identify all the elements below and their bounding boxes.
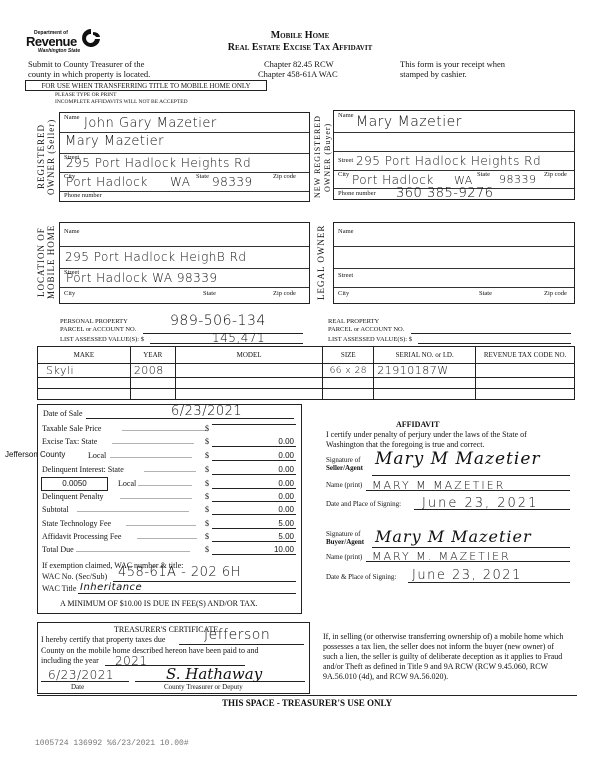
transfer-banner: FOR USE WHEN TRANSFERRING TITLE TO MOBIL… (25, 80, 267, 91)
seller-label-line2: OWNER (Seller) (46, 119, 56, 195)
treasurer-county[interactable]: Jefferson (204, 627, 270, 643)
treasurer-use-divider (37, 695, 577, 696)
buyer-section-label: NEW REGISTERED OWNER (Buyer) (313, 112, 333, 202)
cell-model[interactable] (175, 389, 323, 400)
cell-make[interactable] (38, 389, 131, 400)
lien-warning-text: If, in selling (or otherwise transferrin… (323, 632, 568, 682)
seller-label-line1: REGISTERED (36, 125, 46, 190)
location-line-1[interactable]: 295 Port Hadlock HeighB Rd (65, 250, 247, 264)
personal-property-label-1: PERSONAL PROPERTY (60, 318, 128, 325)
seller-date[interactable]: June 23, 2021 (422, 496, 538, 511)
fee-value[interactable]: 0.00 (212, 451, 296, 461)
treasurer-title: TREASURER'S CERTIFICATE (114, 625, 218, 634)
date-of-sale-label: Date of Sale (43, 409, 83, 418)
legal-owner-name-label: Name (338, 228, 354, 235)
seller-street[interactable]: 295 Port Hadlock Heights Rd (66, 156, 251, 170)
buyer-signature-label-2: Buyer/Agent (326, 538, 364, 546)
seller-signature[interactable]: Mary M Mazetier (375, 449, 541, 469)
fee-label: Delinquent Penalty (42, 492, 104, 501)
dor-logo: Department of Revenue Washington State (26, 30, 106, 56)
personal-assessed-value[interactable]: 145,471 (212, 331, 265, 345)
fee-label: Affidavit Processing Fee (42, 532, 121, 541)
wac-no-value[interactable]: 458-61A - 202 6H (118, 565, 241, 580)
header-year: YEAR (130, 347, 175, 364)
treasurer-signature-label: County Treasurer or Deputy (164, 683, 243, 691)
type-or-print-note: PLEASE TYPE OR PRINT (55, 92, 116, 98)
cell-make[interactable] (38, 378, 131, 389)
buyer-street-label: Street (338, 157, 353, 164)
dollar-sign: $ (205, 479, 209, 488)
dor-swirl-icon (80, 27, 102, 49)
fee-label: Taxable Sale Price (42, 424, 101, 433)
fee-value[interactable]: 5.00 (212, 532, 296, 542)
buyer-label-line1: NEW REGISTERED (313, 116, 322, 199)
buyer-date[interactable]: June 23, 2021 (412, 568, 522, 583)
seller-phone-label: Phone number (64, 192, 102, 199)
buyer-name-1[interactable]: Mary Mazetier (356, 114, 462, 130)
cell-serial[interactable]: 21910187W (374, 364, 476, 378)
dollar-sign: $ (205, 451, 209, 460)
buyer-signature[interactable]: Mary M Mazetier (375, 527, 532, 546)
header-serial: SERIAL NO. or I.D. (374, 347, 476, 364)
fee-value[interactable]: 10.00 (212, 545, 296, 555)
seller-city[interactable]: Port Hadlock (66, 175, 148, 189)
fee-label: Delinquent Interest: State (42, 465, 124, 474)
chapter-wac: Chapter 458-61A WAC (258, 69, 338, 79)
form-title-line1: Mobile Home (200, 30, 400, 41)
treasurer-text-1: I hereby certify that property taxes due (41, 635, 165, 644)
fee-row-excise-state: Excise Tax: State ......................… (42, 437, 302, 450)
affidavit-title: AFFIDAVIT (396, 420, 439, 429)
submit-note-2: county in which property is located. (28, 69, 150, 79)
chapter-rcw: Chapter 82.45 RCW (264, 59, 334, 69)
treasurer-text-2: County on the mobile home described here… (41, 646, 259, 655)
receipt-note-2: stamped by cashier. (400, 69, 467, 79)
cell-revenue-tax-code[interactable] (476, 378, 575, 389)
fee-value[interactable]: 0.00 (212, 505, 296, 515)
fee-value[interactable]: 0.00 (212, 437, 296, 447)
table-header-row: MAKE YEAR MODEL SIZE SERIAL NO. or I.D. … (38, 347, 575, 364)
form-title-line2: Real Estate Excise Tax Affidavit (180, 42, 420, 53)
legal-owner-state-label: State (479, 290, 492, 297)
buyer-city-label: City (338, 171, 349, 178)
location-city-label: City (64, 290, 75, 297)
seller-name-label: Name (64, 114, 80, 121)
dollar-sign: $ (205, 465, 209, 474)
location-line-2[interactable]: Port Hadlock WA 98339 (66, 271, 218, 285)
buyer-signature-label-1: Signature of (326, 530, 360, 538)
location-state-label: State (203, 290, 216, 297)
seller-signature-label-1: Signature of (326, 456, 360, 464)
logo-state-text: Washington State (38, 48, 80, 54)
seller-name-2[interactable]: Mary Mazetier (65, 134, 164, 149)
dollar-sign: $ (205, 437, 209, 446)
fee-row-total-due: Total Due ..............................… (42, 545, 302, 558)
fee-row-subtotal: Subtotal ...............................… (42, 505, 302, 518)
personal-property-account-no[interactable]: 989-506-134 (170, 313, 266, 329)
real-property-label-2: PARCEL or ACCOUNT NO. (328, 326, 404, 333)
table-row (38, 389, 575, 400)
header-make: MAKE (38, 347, 131, 364)
cell-size[interactable]: 66 x 28 (323, 364, 374, 378)
cell-revenue-tax-code[interactable] (476, 389, 575, 400)
personal-property-label-2: PARCEL or ACCOUNT NO. (60, 326, 136, 333)
wac-no-label: WAC No. (Sec/Sub) (42, 572, 107, 581)
fee-row-affidavit-processing-fee: Affidavit Processing Fee ...............… (42, 532, 302, 545)
dollar-sign: $ (205, 505, 209, 514)
buyer-zip-label: Zip code (544, 171, 567, 178)
fee-label: Total Due (42, 545, 74, 554)
location-section-label: LOCATION OF MOBILE HOME (36, 222, 56, 302)
real-property-label-1: REAL PROPERTY (328, 318, 379, 325)
cell-size[interactable] (323, 389, 374, 400)
seller-name-print-label: Name (print) (326, 481, 362, 489)
treasurer-signature[interactable]: S. Hathaway (166, 665, 262, 683)
location-label-line1: LOCATION OF (36, 227, 46, 297)
treasurer-certificate-box: TREASURER'S CERTIFICATE I hereby certify… (37, 622, 310, 694)
fee-row-taxable-sale-price: Taxable Sale Price .....................… (42, 424, 302, 437)
dollar-sign: $ (205, 532, 209, 541)
incomplete-note: INCOMPLETE AFFIDAVITS WILL NOT BE ACCEPT… (55, 99, 188, 105)
cell-model[interactable] (175, 364, 323, 378)
seller-box: Name John Gary Mazetier Mary Mazetier St… (59, 112, 310, 202)
treasurer-use-only-label: THIS SPACE - TREASURER'S USE ONLY (222, 698, 392, 708)
fee-value[interactable]: 5.00 (212, 519, 296, 529)
buyer-city[interactable]: Port Hadlock (352, 173, 434, 187)
seller-signature-label-2: Seller/Agent (326, 464, 363, 472)
location-label-line2: MOBILE HOME (46, 225, 56, 299)
seller-state[interactable]: WA (170, 175, 190, 189)
cell-make[interactable]: Skyli (38, 364, 131, 378)
affidavit-text-2: Washington that the foregoing is true an… (326, 440, 484, 449)
dollar-sign: $ (205, 545, 209, 554)
cell-year[interactable] (130, 378, 175, 389)
buyer-label-line2: OWNER (Buyer) (323, 122, 332, 191)
legal-owner-box: Name Street City State Zip code (333, 222, 575, 304)
dollar-sign: $ (205, 424, 209, 433)
seller-zip[interactable]: 98339 (212, 175, 253, 189)
cell-serial[interactable] (374, 378, 476, 389)
table-row (38, 378, 575, 389)
buyer-date-label: Date & Place of Signing: (326, 573, 396, 581)
fee-label: Local (88, 451, 106, 460)
affidavit-text-1: I certify under penalty of perjury under… (326, 430, 527, 439)
fee-value[interactable]: 0.00 (212, 465, 296, 475)
buyer-phone[interactable]: 360 385-9276 (396, 186, 494, 201)
fee-row-excise-local: Local ..................................… (42, 451, 302, 464)
location-box: Name 295 Port Hadlock HeighB Rd Street P… (59, 222, 310, 304)
dollar-sign: $ (205, 519, 209, 528)
legal-owner-city-label: City (338, 290, 349, 297)
legal-owner-street-label: Street (338, 272, 353, 279)
seller-section-label: REGISTERED OWNER (Seller) (36, 112, 56, 202)
wac-title-label: WAC Title (42, 584, 76, 593)
header-model: MODEL (175, 347, 323, 364)
buyer-name-print-label: Name (print) (326, 553, 362, 561)
seller-name-print[interactable]: MARY M MAZETIER (372, 479, 505, 492)
legal-owner-zip-label: Zip code (544, 290, 567, 297)
header-revenue-tax-code: REVENUE TAX CODE NO. (476, 347, 575, 364)
real-assessed-label: LIST ASSESSED VALUE(S): $ (328, 336, 412, 343)
treasurer-date[interactable]: 6/23/2021 (48, 668, 114, 682)
table-row: Skyli 2008 66 x 28 21910187W (38, 364, 575, 378)
submit-note-1: Submit to County Treasurer of the (28, 59, 144, 69)
legal-owner-section-label: LEGAL OWNER (316, 222, 326, 302)
receipt-note-1: This form is your receipt when (400, 59, 505, 69)
buyer-zip[interactable]: 98339 (499, 173, 537, 186)
cell-year[interactable] (130, 389, 175, 400)
fee-row-delinquent-interest-local: Local ........................... $ 0.00 (42, 479, 302, 492)
wac-title-value[interactable]: Inheritance (80, 582, 142, 593)
real-property-account-field[interactable] (411, 333, 571, 334)
treasurer-year[interactable]: 2021 (115, 654, 148, 668)
seller-date-label: Date and Place of Signing: (326, 500, 401, 508)
buyer-phone-label: Phone number (338, 190, 376, 197)
fee-label: Local (118, 479, 136, 488)
buyer-name-label: Name (338, 112, 354, 119)
date-of-sale-value[interactable]: 6/23/2021 (171, 404, 242, 419)
mobile-home-table: MAKE YEAR MODEL SIZE SERIAL NO. or I.D. … (37, 346, 575, 400)
header-size: SIZE (323, 347, 374, 364)
cashier-receipt-stamp: 1005724 136992 %6/23/2021 10.00# (35, 739, 189, 748)
logo-revenue-text: Revenue (26, 34, 77, 49)
fee-value[interactable]: 0.00 (212, 492, 296, 502)
location-zip-label: Zip code (273, 290, 296, 297)
fee-value[interactable] (212, 424, 296, 425)
fee-label: Subtotal (42, 505, 69, 514)
fee-row-state-technology-fee: State Technology Fee ...................… (42, 519, 302, 532)
seller-name-1[interactable]: John Gary Mazetier (84, 116, 217, 131)
seller-zip-label: Zip code (273, 173, 296, 180)
personal-assessed-label: LIST ASSESSED VALUE(S): $ (60, 336, 144, 343)
treasurer-text-3: including the year (41, 656, 99, 665)
cell-model[interactable] (175, 378, 323, 389)
seller-state-label: State (196, 173, 209, 180)
fee-label: State Technology Fee (42, 519, 111, 528)
cell-revenue-tax-code[interactable] (476, 364, 575, 378)
cell-size[interactable] (323, 378, 374, 389)
buyer-box: Name Mary Mazetier Street 295 Port Hadlo… (333, 110, 575, 200)
fee-label: Excise Tax: State (42, 437, 97, 446)
buyer-street[interactable]: 295 Port Hadlock Heights Rd (356, 154, 541, 168)
cell-serial[interactable] (374, 389, 476, 400)
buyer-name-print[interactable]: MARY M. MAZETIER (372, 550, 511, 563)
treasurer-date-label: Date (71, 683, 84, 691)
cell-year[interactable]: 2008 (130, 364, 175, 378)
real-assessed-field[interactable] (418, 343, 571, 344)
minimum-due-note: A MINIMUM OF $10.00 IS DUE IN FEE(S) AND… (60, 599, 258, 608)
dollar-sign: $ (205, 492, 209, 501)
buyer-state-label: State (477, 171, 490, 178)
fee-row-delinquent-penalty: Delinquent Penalty .....................… (42, 492, 302, 505)
location-name-label: Name (64, 228, 80, 235)
fee-value[interactable]: 0.00 (212, 479, 296, 489)
